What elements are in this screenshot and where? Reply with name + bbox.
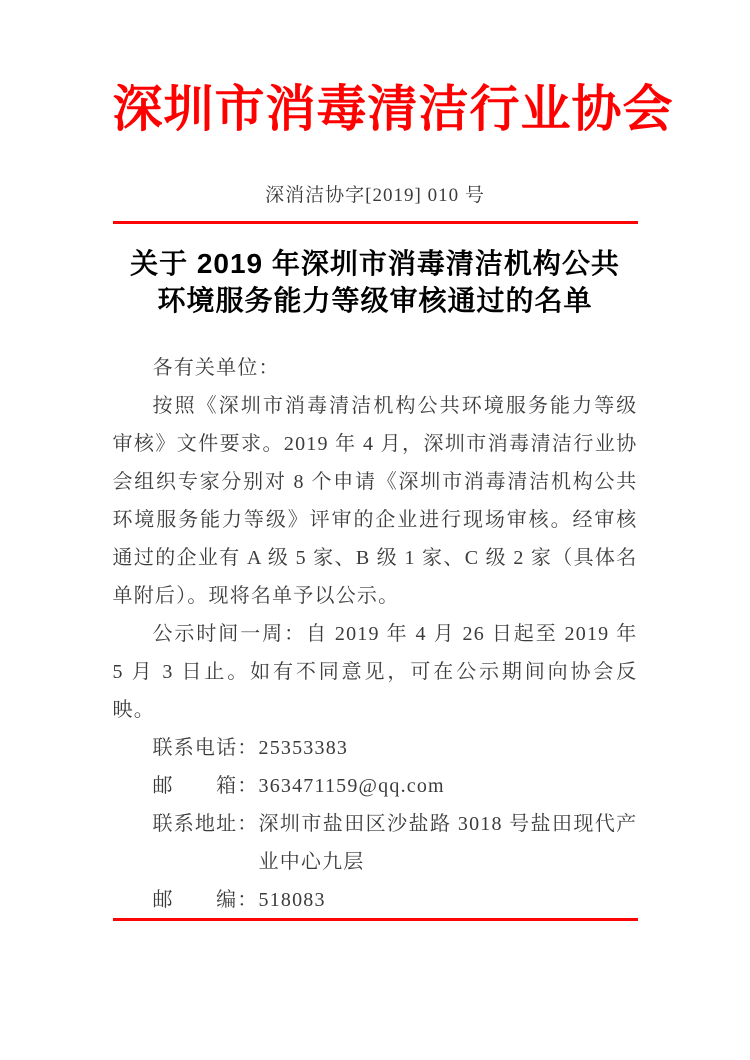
paragraph-audit-result: 按照《深圳市消毒清洁机构公共环境服务能力等级审核》文件要求。2019 年 4 月… — [113, 387, 638, 615]
document-page: 深圳市消毒清洁行业协会 深消洁协字[2019] 010 号 关于 2019 年深… — [0, 0, 750, 1060]
document-content: 深圳市消毒清洁行业协会 深消洁协字[2019] 010 号 关于 2019 年深… — [113, 0, 638, 919]
contact-email-value: 363471159@qq.com — [259, 767, 638, 805]
contact-zipcode-value: 518083 — [259, 881, 638, 919]
footer-divider-bottom — [113, 918, 638, 921]
paragraph-publicity-period: 公示时间一周：自 2019 年 4 月 26 日起至 2019 年 5 月 3 … — [113, 615, 638, 729]
contact-phone-value: 25353383 — [259, 729, 638, 767]
letterhead-divider-top — [113, 221, 638, 224]
contact-email-row: 邮 箱： 363471159@qq.com — [113, 767, 638, 805]
contact-address-row: 联系地址： 深圳市盐田区沙盐路 3018 号盐田现代产业中心九层 — [113, 805, 638, 881]
contact-address-label: 联系地址： — [153, 805, 259, 843]
contact-phone-row: 联系电话： 25353383 — [113, 729, 638, 767]
contact-email-label: 邮 箱： — [153, 767, 259, 805]
document-title: 关于 2019 年深圳市消毒清洁机构公共 环境服务能力等级审核通过的名单 — [113, 245, 638, 319]
document-title-line2: 环境服务能力等级审核通过的名单 — [157, 285, 592, 316]
contact-zipcode-row: 邮 编： 518083 — [113, 881, 638, 919]
contact-phone-label: 联系电话： — [153, 729, 259, 767]
document-number: 深消洁协字[2019] 010 号 — [113, 180, 638, 207]
document-title-line1: 关于 2019 年深圳市消毒清洁机构公共 — [130, 248, 620, 279]
document-body: 各有关单位： 按照《深圳市消毒清洁机构公共环境服务能力等级审核》文件要求。201… — [113, 349, 638, 919]
salutation: 各有关单位： — [113, 349, 638, 387]
contact-zipcode-label: 邮 编： — [153, 881, 259, 919]
contact-address-value: 深圳市盐田区沙盐路 3018 号盐田现代产业中心九层 — [259, 805, 638, 881]
letterhead-org-title: 深圳市消毒清洁行业协会 — [113, 78, 638, 140]
